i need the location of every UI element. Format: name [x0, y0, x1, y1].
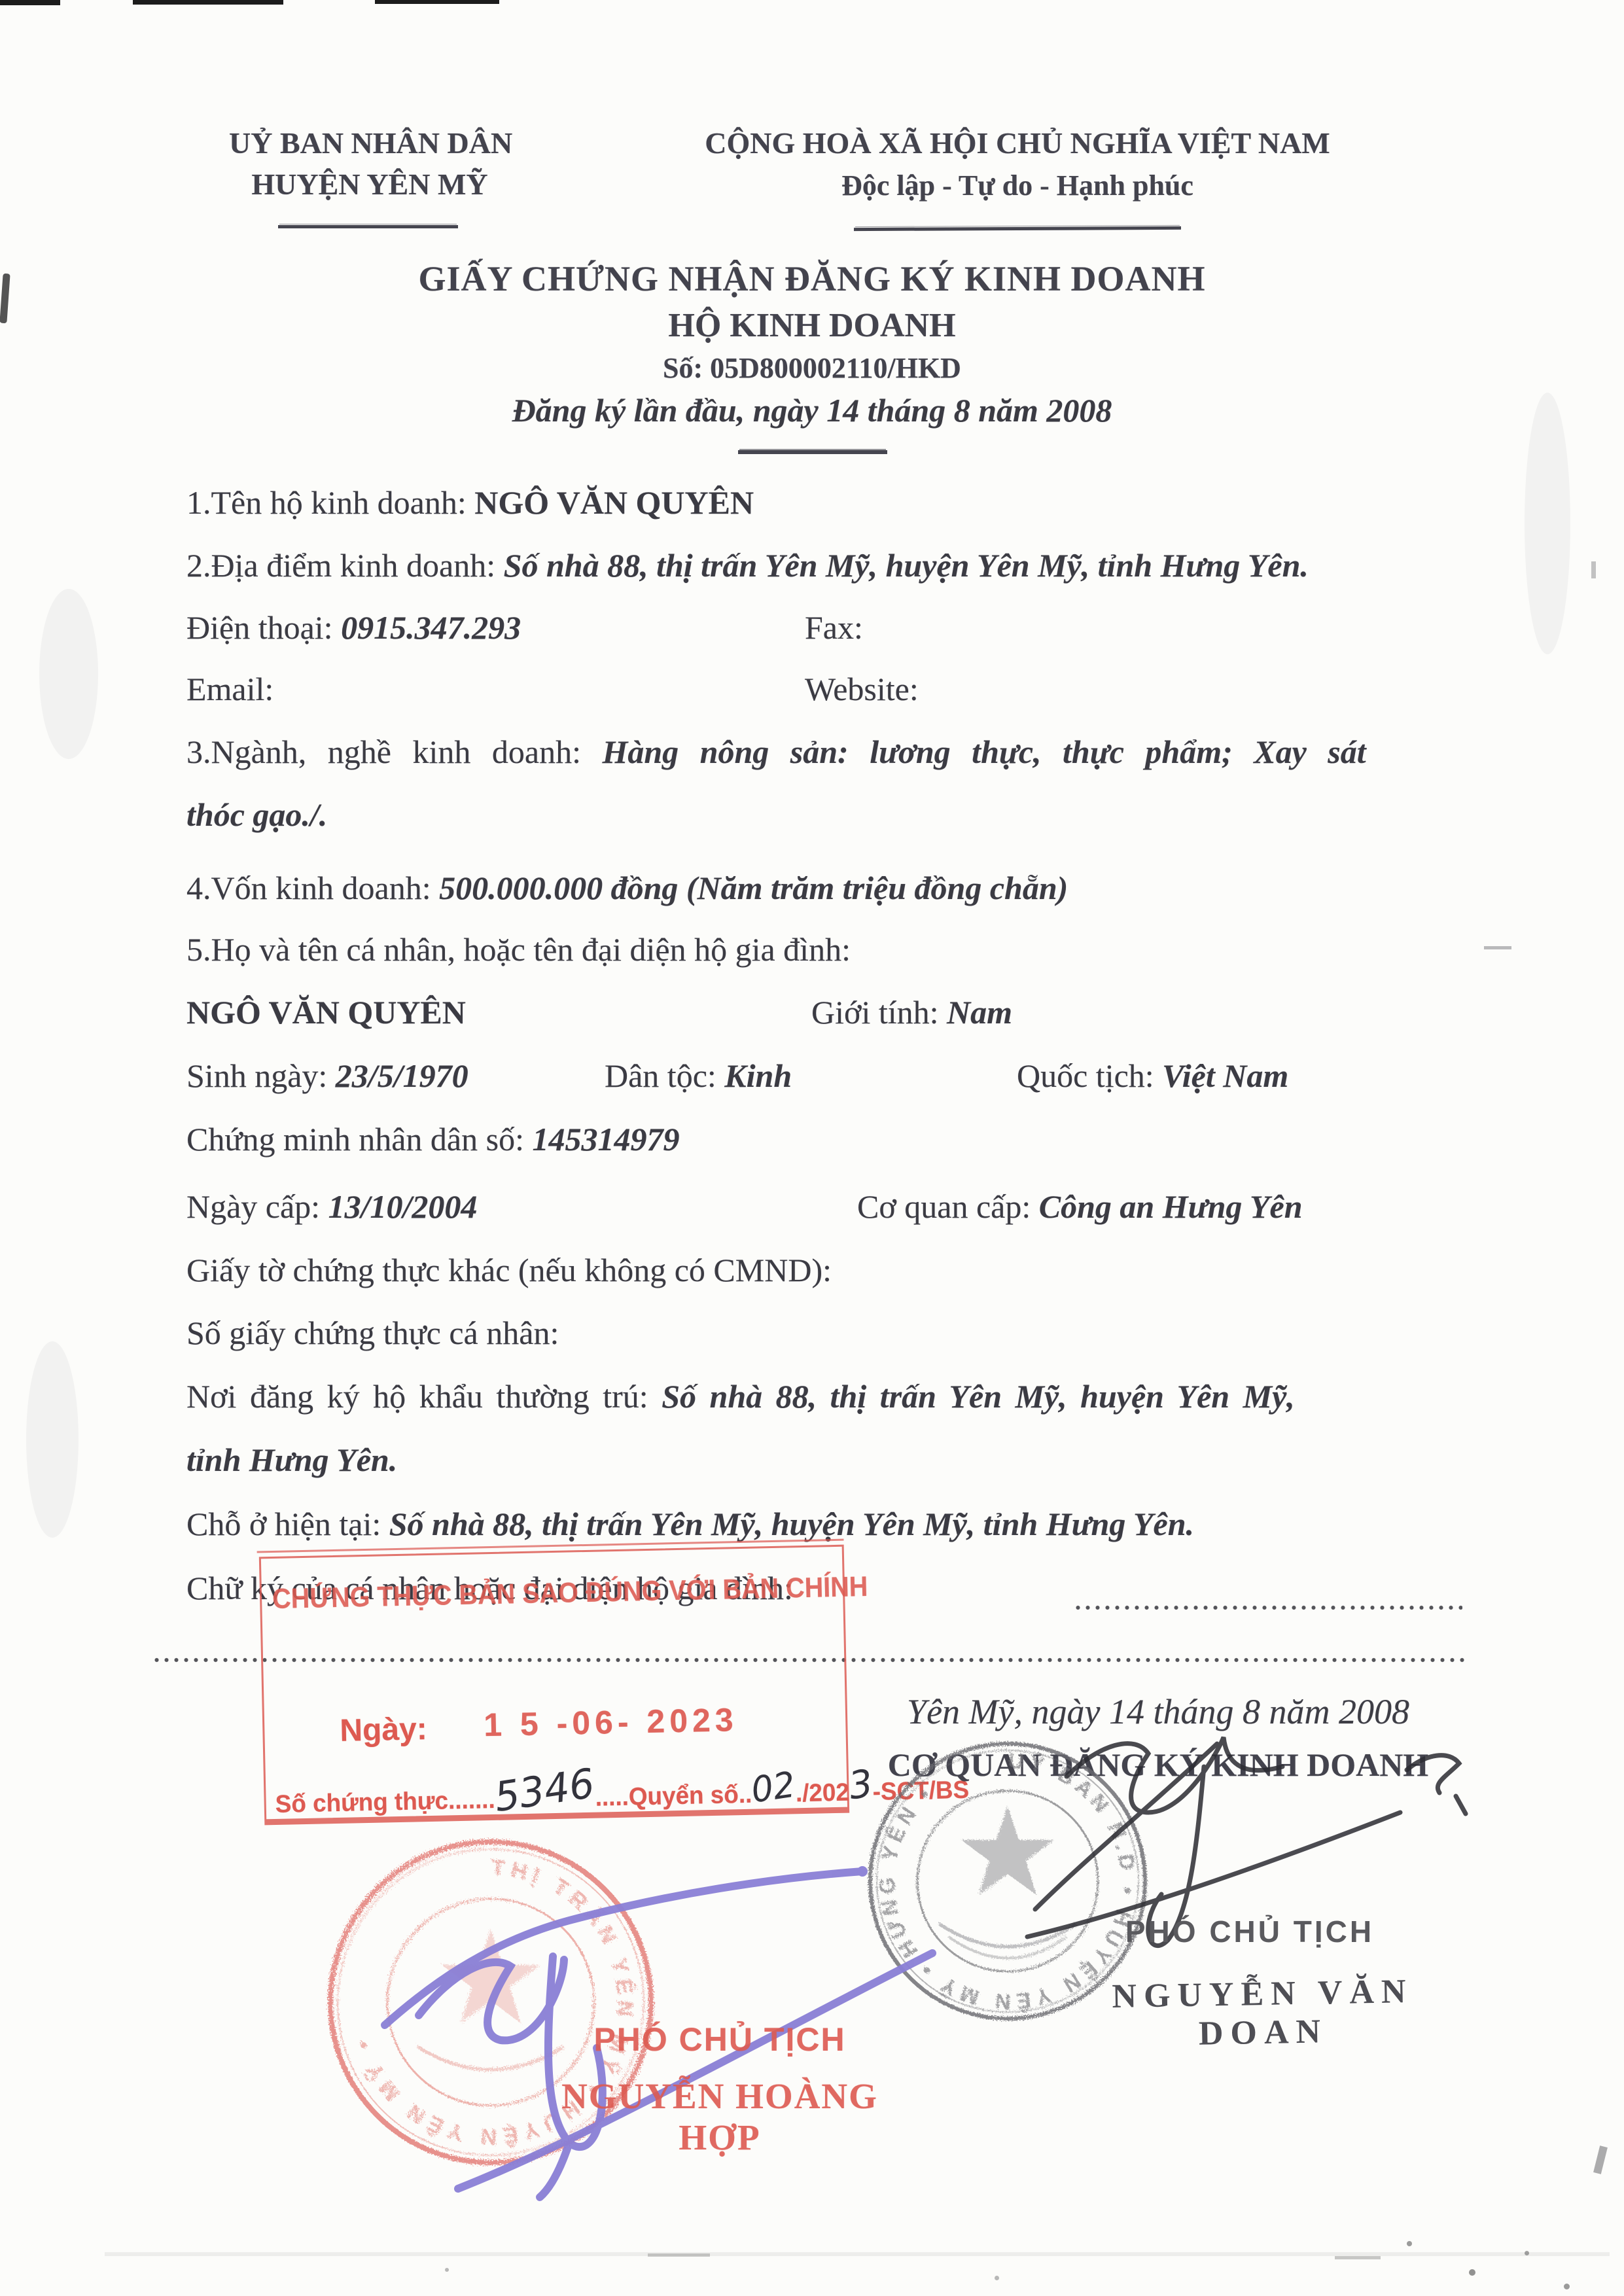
field-id-issue: Ngày cấp: 13/10/2004 Cơ quan cấp: Công a…	[186, 1186, 1462, 1227]
field-website: Website:	[805, 669, 927, 709]
scan-artifact-dash	[1591, 561, 1596, 578]
certificate-number: Số: 05D800002110/HKD	[158, 351, 1466, 385]
scan-smudge	[39, 589, 98, 759]
certification-date-value: 1 5 -06- 2023	[484, 1701, 739, 1744]
field-ethnicity: Dân tộc: Kinh	[605, 1055, 792, 1096]
field-business-name: 1.Tên hộ kinh doanh: NGÔ VĂN QUYÊN	[186, 482, 754, 523]
scan-speck	[995, 2276, 999, 2280]
field-birth-ethnic-nationality: Sinh ngày: 23/5/1970 Dân tộc: Kinh Quốc …	[186, 1055, 1462, 1096]
scan-speck	[1525, 2251, 1529, 2255]
header-left-rule	[278, 225, 458, 228]
certifier-signer-title: PHÓ CHỦ TỊCH	[589, 2021, 851, 2058]
field-id-issuer: Cơ quan cấp: Công an Hưng Yên	[857, 1186, 1303, 1227]
certificate-subtitle: HỘ KINH DOANH	[158, 306, 1466, 345]
header-right-rule	[854, 226, 1181, 231]
scan-smudge	[1525, 393, 1570, 654]
certificate-title: GIẤY CHỨNG NHẬN ĐĂNG KÝ KINH DOANH	[158, 258, 1466, 299]
handwritten-book-number: 02	[749, 1763, 798, 1810]
field-email-website: Email: Website:	[186, 669, 1462, 709]
field-personal-cert-number: Số giấy chứng thực cá nhân:	[186, 1313, 559, 1353]
issuing-committee-name: UỶ BAN NHÂN DÂN	[229, 126, 510, 160]
national-motto-line1: CỘNG HOÀ XÃ HỘI CHỦ NGHĨA VIỆT NAM	[661, 126, 1374, 160]
field-phone-fax: Điện thoại: 0915.347.293 Fax:	[186, 607, 1462, 648]
scan-speck	[1469, 2269, 1475, 2276]
scan-artifact-bottom-streak	[648, 2253, 710, 2257]
certification-date-label: Ngày:	[340, 1711, 427, 1749]
issuer-signer-name: NGUYỄN VĂN DOAN	[1040, 1971, 1486, 2056]
field-fax: Fax:	[805, 607, 871, 648]
field-registered-residence-line1: Nơi đăng ký hộ khẩu thường trú: Số nhà 8…	[186, 1376, 1295, 1417]
signature-dotted-leader	[1073, 1604, 1462, 1611]
field-registered-residence-line2: tỉnh Hưng Yên.	[186, 1439, 397, 1480]
scan-artifact-dash	[1593, 2146, 1608, 2174]
director-signature-ink	[1008, 1714, 1544, 1996]
field-owner-heading: 5.Họ và tên cá nhân, hoặc tên đại diện h…	[186, 929, 851, 970]
issuing-committee-district: HUYỆN YÊN MỸ	[229, 167, 510, 202]
certification-stamp-box: CHỨNG THỰC BẢN SAO ĐÚNG VỚI BẢN CHÍNH Ng…	[259, 1545, 849, 1826]
field-nationality: Quốc tịch: Việt Nam	[1017, 1055, 1288, 1096]
scan-artifact-bottom-streak	[105, 2252, 1610, 2256]
field-business-address: 2.Địa điểm kinh doanh: Số nhà 88, thị tr…	[186, 545, 1309, 586]
title-rule	[738, 450, 887, 454]
scan-artifact-bottom-streak	[1335, 2256, 1381, 2259]
field-current-residence: Chỗ ở hiện tại: Số nhà 88, thị trấn Yên …	[186, 1504, 1194, 1544]
field-owner-name-gender: NGÔ VĂN QUYÊN Giới tính: Nam	[186, 992, 1462, 1033]
issuer-signer-title: PHÓ CHỦ TỊCH	[1112, 1914, 1387, 1949]
field-capital: 4.Vốn kinh doanh: 500.000.000 đồng (Năm …	[186, 868, 1068, 908]
scan-artifact-edge-mark	[0, 274, 10, 324]
scan-speck	[445, 2268, 449, 2272]
field-gender: Giới tính: Nam	[811, 992, 1012, 1033]
scan-smudge	[26, 1341, 79, 1538]
certification-stamp-text: CHỨNG THỰC BẢN SAO ĐÚNG VỚI BẢN CHÍNH	[272, 1571, 868, 1616]
registration-date-line: Đăng ký lần đầu, ngày 14 tháng 8 năm 200…	[158, 391, 1466, 429]
scanned-business-registration-certificate: UỶ BAN NHÂN DÂN HUYỆN YÊN MỸ CỘNG HOÀ XÃ…	[0, 0, 1624, 2296]
scan-speck	[1407, 2241, 1412, 2246]
national-motto-line2: Độc lập - Tự do - Hạnh phúc	[661, 169, 1374, 202]
field-id-number: Chứng minh nhân dân số: 145314979	[186, 1119, 679, 1159]
field-industry-line1: 3.Ngành, nghề kinh doanh: Hàng nông sản:…	[186, 732, 1366, 772]
scan-artifact-dash	[1484, 946, 1511, 949]
certifier-signer-name: NGUYỄN HOÀNG HỢP	[517, 2075, 923, 2158]
scan-speck	[1564, 2284, 1570, 2289]
scan-artifact-top-bar	[0, 0, 60, 5]
handwritten-serial-number: 5346	[492, 1759, 598, 1822]
field-industry-line2: thóc gạo./.	[186, 794, 327, 835]
scan-artifact-top-bar	[133, 0, 283, 5]
field-other-documents: Giấy tờ chứng thực khác (nếu không có CM…	[186, 1250, 832, 1290]
scan-artifact-top-bar	[375, 0, 499, 4]
